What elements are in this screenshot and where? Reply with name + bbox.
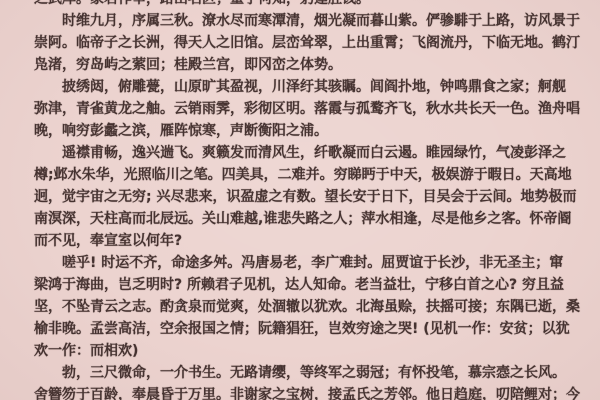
text-line: 迥，觉宇宙之无穷; 兴尽悲来，识盈虚之有数。望长安于日下，目吴会于云间。地势极而 bbox=[34, 186, 586, 208]
text-line: 而不见，奉宣室以何年? bbox=[34, 230, 586, 252]
text-line: 坚，不坠青云之志。酌贪泉而觉爽，处涸辙以犹欢。北海虽赊，扶摇可接；东隅已逝，桑 bbox=[34, 296, 586, 318]
text-line: 嗟乎! 时运不齐，命途多舛。冯唐易老，李广难封。屈贾谊于长沙，非无圣主；窜 bbox=[34, 252, 586, 274]
text-line: 崇阿。临帝子之长洲，得天人之旧馆。层峦耸翠，上出重霄；飞阁流丹，下临无地。鹤汀 bbox=[34, 32, 586, 54]
text-line: 舍簪笏于百龄，奉晨昏于万里。非谢家之宝树，接孟氏之芳邻。他日趋庭，叨陪鲤对；今 bbox=[34, 384, 586, 400]
text-line: 披绣闼，俯雕甍，山原旷其盈视，川泽纡其骇瞩。闾阎扑地，钟鸣鼎食之家；舸舰 bbox=[34, 76, 586, 98]
text-line: 弥津，青雀黄龙之舳。云销雨霁，彩彻区明。落霞与孤鹜齐飞，秋水共长天一色。渔舟唱 bbox=[34, 98, 586, 120]
text-line: 之武库。家君作宰，路出名区；童子何知，躬逢胜饯。 bbox=[34, 0, 586, 10]
text-line: 晚，响穷彭蠡之滨，雁阵惊寒，声断衡阳之浦。 bbox=[34, 120, 586, 142]
text-line: 时维九月，序属三秋。潦水尽而寒潭清，烟光凝而暮山紫。俨骖騑于上路，访风景于 bbox=[34, 10, 586, 32]
text-line: 欢一作：而相欢) bbox=[34, 340, 586, 362]
document-body: 之武库。家君作宰，路出名区；童子何知，躬逢胜饯。时维九月，序属三秋。潦水尽而寒潭… bbox=[34, 0, 586, 400]
text-line: 遥襟甫畅，逸兴遄飞。爽籁发而清风生，纤歌凝而白云遏。睢园绿竹，气凌彭泽之 bbox=[34, 142, 586, 164]
text-line: 梁鸿于海曲，岂乏明时? 所赖君子见机，达人知命。老当益壮，宁移白首之心? 穷且益 bbox=[34, 274, 586, 296]
text-line: 凫渚，穷岛屿之萦回；桂殿兰宫，即冈峦之体势。 bbox=[34, 54, 586, 76]
text-line: 榆非晚。孟尝高洁，空余报国之情；阮籍猖狂，岂效穷途之哭! (见机一作：安贫；以犹 bbox=[34, 318, 586, 340]
text-line: 勃，三尺微命，一介书生。无路请缨，等终军之弱冠；有怀投笔，慕宗悫之长风。 bbox=[34, 362, 586, 384]
text-line: 南溟深，天柱高而北辰远。关山难越,谁悲失路之人；萍水相逢，尽是他乡之客。怀帝阍 bbox=[34, 208, 586, 230]
document-page: 之武库。家君作宰，路出名区；童子何知，躬逢胜饯。时维九月，序属三秋。潦水尽而寒潭… bbox=[0, 0, 600, 400]
text-line: 樽;邺水朱华，光照临川之笔。四美具，二难并。穷睇眄于中天，极娱游于暇日。天高地 bbox=[34, 164, 586, 186]
